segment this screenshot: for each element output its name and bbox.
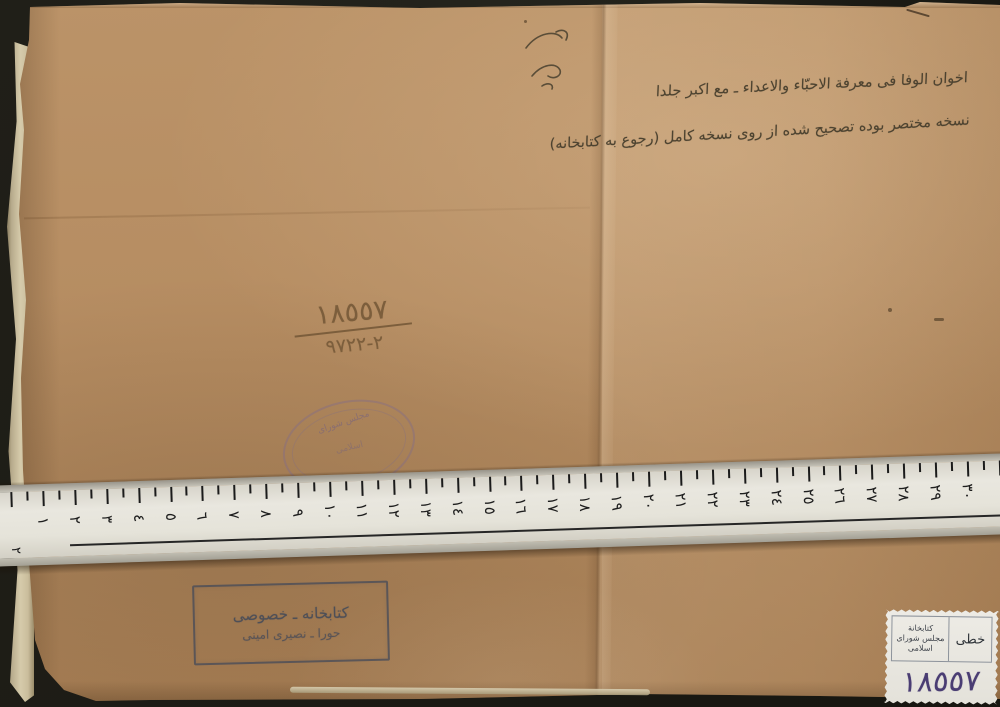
ruler-tick [680,471,682,486]
ruler-number: ٨ [257,504,275,524]
ruler-number: ٩ [289,502,308,523]
ruler-tick [202,486,204,501]
ruler-number: ٢٣ [736,489,754,509]
private-library-stamp-line1: کتابخانه ـ خصوصی [195,603,387,626]
library-name-line: کتابخانة [908,624,933,634]
cover-diagonal-crease [24,207,590,220]
ruler-tick [967,461,969,476]
ruler-number: ٢٦ [831,485,850,506]
ruler-tick [441,478,443,487]
ruler-tick [903,464,905,479]
library-name-line: مجلس شورای [896,633,944,644]
ruler-number: ٤ [129,508,148,529]
cover-right-panel [602,0,1000,707]
ruler-tick [74,490,76,505]
ruler-tick [170,487,172,502]
ruler-number: ٢٥ [799,486,817,506]
ink-speck [524,20,527,23]
ruler-tick [457,478,459,493]
ruler-tick [90,489,92,498]
ruler-number: ١٢ [385,500,404,521]
shelf-number-numerator: ١٨٥٥٧ [284,291,420,334]
ruler-number: ٦ [193,505,212,526]
ruler-tick [265,484,267,499]
ruler-tick [696,470,698,479]
ruler-tick [839,466,841,481]
ruler-number: ١٤ [448,497,467,518]
ruler-tick [297,483,299,498]
ruler-number: ٢٤ [767,487,786,508]
ruler-tick [42,491,44,506]
ruler-tick [632,472,634,481]
ruler-number: ٣ [98,509,116,529]
ruler-tick [744,469,746,484]
ruler-tick [393,480,395,495]
catalog-sticker-number: ١٨٥٥٧ [882,661,1000,701]
ruler-tick [218,485,220,494]
ruler-tick [887,464,889,473]
catalog-sticker: کتابخانة مجلس شورای اسلامی خطی ١٨٥٥٧ [884,609,998,705]
ruler-tick [281,483,283,492]
ruler-tick [138,488,140,503]
catalog-sticker-table: کتابخانة مجلس شورای اسلامی خطی [891,615,993,662]
ruler-tick [712,470,714,485]
ruler-tick [313,482,315,491]
ruler-number: ٢٠ [640,492,658,512]
ruler-tick [983,461,985,470]
ruler-tick [186,486,188,495]
shelf-number-fraction: ١٨٥٥٧ ٢-٩٧٢٢ [284,291,423,361]
ruler-tick [664,471,666,480]
ruler-tick [377,480,379,489]
ruler-tick [26,492,28,501]
ruler-number: ٢٢ [703,489,722,510]
ruler-tick [855,465,857,474]
ruler-edge-numeral: ٢ [8,547,23,554]
ruler-tick [106,489,108,504]
ruler-number: ٢١ [671,490,690,511]
library-name-line: اسلامی [908,644,933,654]
ruler-tick [807,467,809,482]
catalog-sticker-type-cell: خطی [949,617,991,662]
ruler-tick [361,481,363,496]
ruler-tick [616,473,618,488]
manuscript-photo: اخوان الوفا فی معرفة الاحبّاء والاعداء ـ… [0,0,1000,707]
ruler-tick [122,488,124,497]
ruler-number: ٢٩ [926,482,945,503]
manuscript-cover: اخوان الوفا فی معرفة الاحبّاء والاعداء ـ… [0,0,1000,707]
ruler-tick [473,477,475,486]
ruler-tick [345,481,347,490]
ruler-tick [568,474,570,483]
ruler-number: ١٦ [512,495,531,516]
ruler-tick [552,475,554,490]
ruler-tick [489,477,491,492]
ruler-number: ٣٠ [959,481,977,501]
ink-speck [934,318,944,321]
ruler-number: ١٠ [321,502,339,522]
ruler-number: ١٥ [480,497,498,517]
ruler-tick [776,468,778,483]
ruler-tick [536,475,538,484]
ruler-tick [871,465,873,480]
ruler-tick [504,476,506,485]
ruler-tick [951,462,953,471]
ruler-number: ٥ [162,507,180,527]
ruler-tick [760,468,762,477]
ruler-tick [648,472,650,487]
paraph-squiggle-icon [512,26,576,92]
ruler-tick [409,479,411,488]
ruler-number: ٢٧ [863,484,882,505]
ruler-number: ١٩ [608,492,627,513]
ink-speck [888,308,892,312]
ruler-number: ١١ [352,500,371,521]
ruler-number: ٢ [66,510,85,531]
ruler-tick [520,476,522,491]
ruler-tick [10,492,12,507]
ruler-tick [58,491,60,500]
ruler-tick [233,485,235,500]
ruler-tick [791,467,793,476]
ruler-tick [728,469,730,478]
ruler-tick [919,463,921,472]
ruler-number: ٢٨ [895,484,913,504]
ruler-tick [600,473,602,482]
ruler-number: ١٧ [544,494,563,515]
catalog-sticker-library-cell: کتابخانة مجلس شورای اسلامی [892,616,950,661]
ruler-number: ١٨ [576,494,594,514]
private-library-stamp: کتابخانه ـ خصوصی حورا ـ نصیری امینی [192,581,390,666]
ruler-tick [823,466,825,475]
ruler-tick [584,474,586,489]
ruler-tick [329,482,331,497]
private-library-stamp-line2: حورا ـ نصیری امینی [195,625,387,644]
ruler-tick [425,479,427,494]
ruler-tick [154,487,156,496]
ruler-tick [249,484,251,493]
ruler-tick [935,462,937,477]
ruler-number: ١٣ [417,499,435,519]
ruler-number: ٧ [225,505,244,526]
ruler-number: ١ [33,510,52,531]
